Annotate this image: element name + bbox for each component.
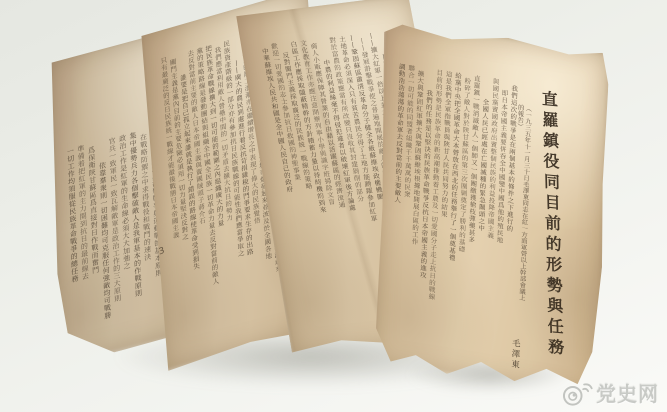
weibo-logo-icon <box>560 379 594 406</box>
document-photo: 軍事勝利之後應即注意鞏固既得的陣地最後的勝利必然是屬於中國人民的這是毫無疑義的但… <box>0 0 667 412</box>
watermark-text: 党史网 <box>596 378 659 407</box>
document-sheet-4-title-page: 我們這次的戰爭是在兩個基本的條件之下進行的即日本帝國主義要併吞全中國變中國爲他的… <box>373 18 610 397</box>
document-title: 直羅鎮役同目前的形勢與任務 <box>538 90 567 380</box>
text-columns: 我們這次的戰爭是在兩個基本的條件之下進行的即日本帝國主義要併吞全中國變中國爲他的… <box>383 62 518 360</box>
watermark: 党史网 <box>560 378 659 407</box>
author-signature: 毛澤東 <box>508 338 521 380</box>
